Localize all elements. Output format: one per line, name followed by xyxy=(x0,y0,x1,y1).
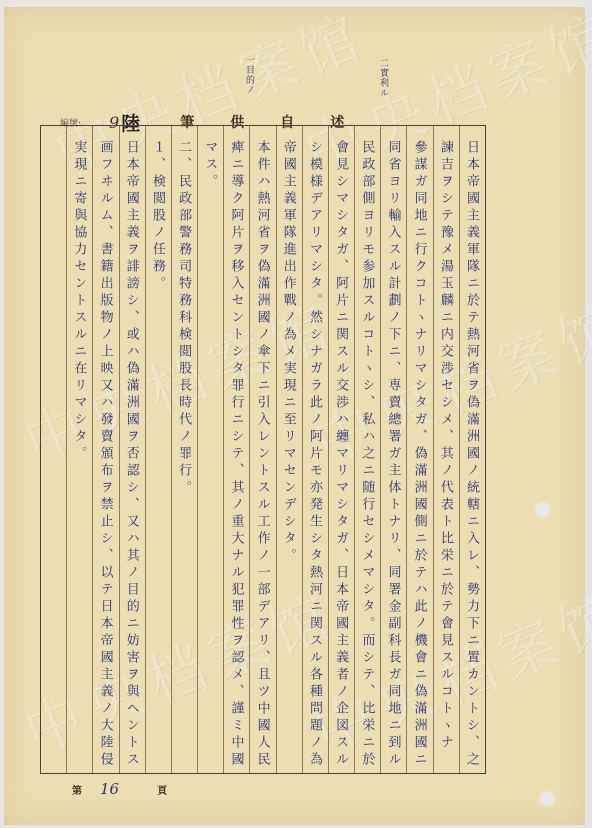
manuscript-grid: 日本帝國主義軍隊ニ於テ熱河省ヲ偽滿洲國ノ統轄ニ入レ、勢力下ニ置カントシ、之ガ工作… xyxy=(40,125,486,774)
text-column: 民政部側ヨリモ参加スルコトヽシ、私ハ之ニ随行セシメマシタ。而シテ、比栄ニ於テ一行… xyxy=(354,126,380,773)
text-column: マス。 xyxy=(197,126,223,773)
text-column: 會見シマシタガ、阿片ニ関スル交渉ハ纏マリマシタガ、日本帝國主義者ノ企図スル問題ハ… xyxy=(328,126,354,773)
margin-annotation-left: 一目的ノ xyxy=(243,55,256,95)
text-column: 本件ハ熱河省ヲ偽滿洲國ノ傘下ニ引入レントスル工作ノ一部デアリ、且ツ中國人民ノ身体… xyxy=(249,126,275,773)
margin-annotation-right: 二實利ル xyxy=(377,58,390,98)
text-column: 帝國主義軍隊進出作戰ノ為メ実現ニ至リマセンデシタ。 xyxy=(276,126,302,773)
binding-hole-icon xyxy=(541,793,553,805)
page-prefix: 第 xyxy=(72,782,82,797)
text-column: １、検閲股ノ任務。 xyxy=(145,126,171,773)
text-column: 參謀ガ同地ニ行クコトヽナリマシタガ、偽滿洲國側ニ於テハ此ノ機會ニ偽滿洲國ニ不足ス… xyxy=(406,126,432,773)
text-column: 同省ヨリ輸入スル計劃ノ下ニ、専賣總署ガ主体トナリ、同署金副科長ガ同地ニ到ルコトヽ… xyxy=(380,126,406,773)
text-column: シ模様デアリマシタ。然シナガラ此ノ阿片モ亦発生シタ熱河ニ関スル各種問題ノ為メ、最… xyxy=(302,126,328,773)
text-column: 日本帝國主義ヲ誹謗シ、或ハ偽滿洲國ヲ否認シ、又ハ其ノ目的ニ妨害ヲ與ヘントスル目的… xyxy=(119,126,145,773)
scan-background-edge xyxy=(585,0,592,828)
text-column: 痺ニ導ク阿片ヲ移入セントシタ罪行ニシテ、其ノ重大ナル犯罪性ヲ認メ、謹ミ中國人民ノ… xyxy=(223,126,249,773)
text-column-empty xyxy=(41,126,66,773)
text-column: 画フヰルム、書籍出版物ノ上映又ハ發賣頒布ヲ禁止シ、以テ日本帝國主義ノ大陸侵略計劃 xyxy=(92,126,118,773)
text-column: 日本帝國主義軍隊ニ於テ熱河省ヲ偽滿洲國ノ統轄ニ入レ、勢力下ニ置カントシ、之ガ工作… xyxy=(459,126,485,773)
page-number: 16 xyxy=(100,780,119,798)
text-column: 実現ニ寄與協力セントスルニ在リマシタ。 xyxy=(66,126,92,773)
page-suffix: 頁 xyxy=(157,782,167,797)
page-footer: 第 16 頁 xyxy=(72,780,167,798)
binding-hole-icon xyxy=(537,504,549,516)
text-column: 二、民政部警務司特務科検閲股長時代ノ罪行。 xyxy=(171,126,197,773)
text-column: 諫吉ヲシテ豫メ湯玉麟ニ内交渉セシメ、其ノ代表ト比栄ニ於テ會見スルコトヽナリ、関東… xyxy=(433,126,459,773)
